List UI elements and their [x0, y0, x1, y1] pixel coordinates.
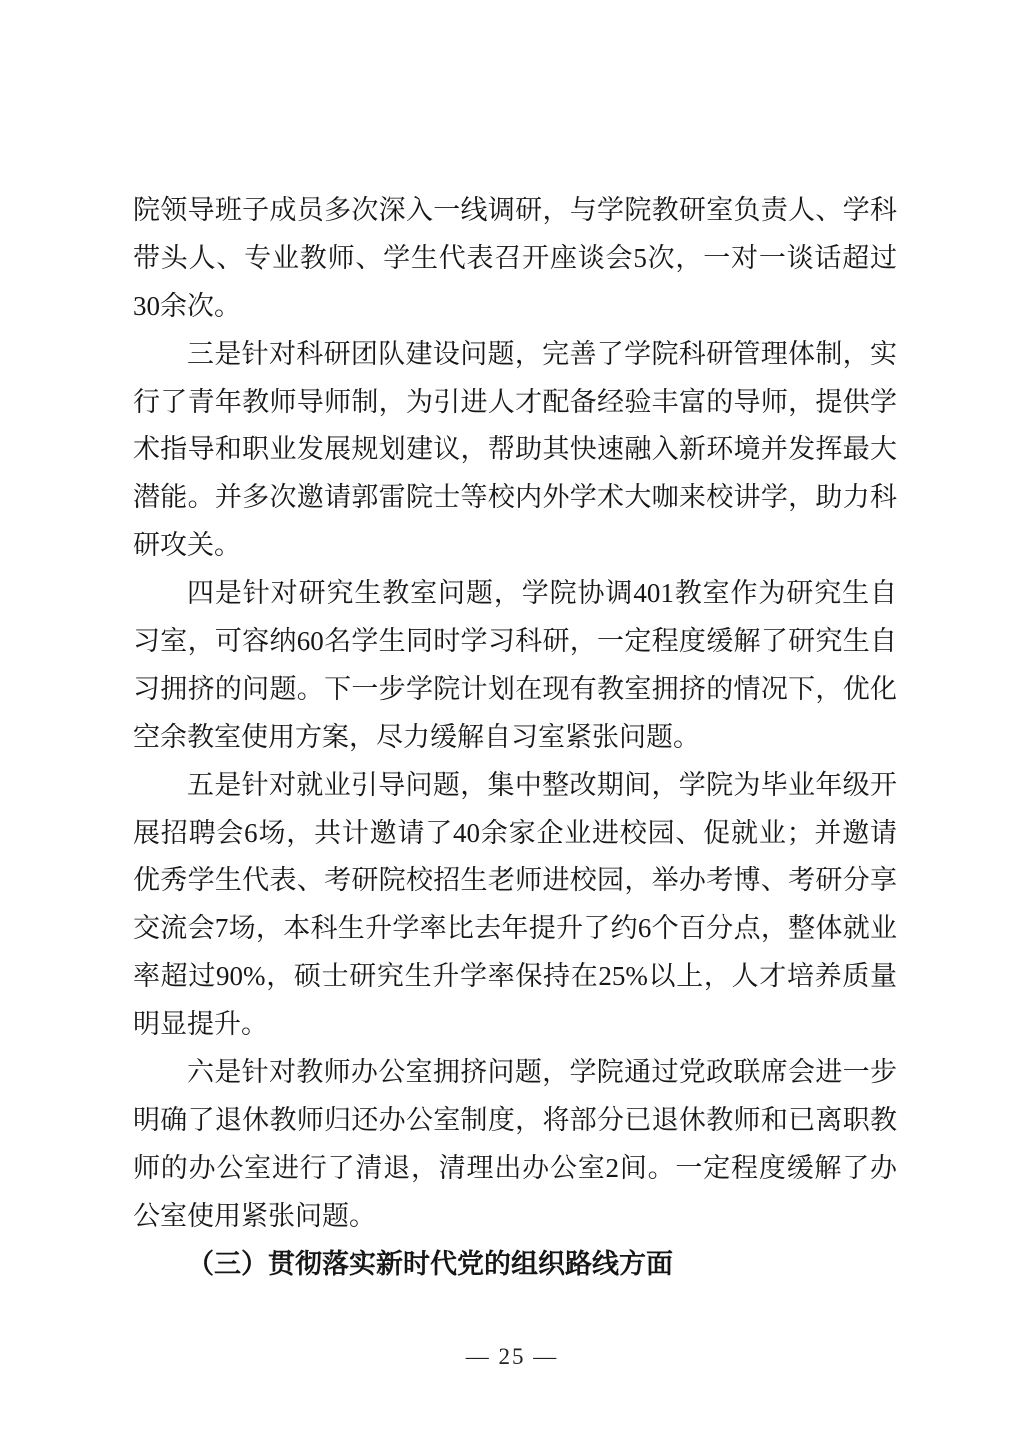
document-page: 院领导班子成员多次深入一线调研，与学院教研室负责人、学科带头人、专业教师、学生代…: [0, 0, 1024, 1448]
text-line: 展招聘会6场，共计邀请了40余家企业进校园、促就业；并邀请: [133, 810, 897, 858]
text-line: 公室使用紧张问题。: [133, 1193, 897, 1241]
section-heading: （三）贯彻落实新时代党的组织路线方面: [133, 1241, 897, 1289]
text-line: 明显提升。: [133, 1001, 897, 1049]
text-line: 30余次。: [133, 283, 897, 331]
text-line: 师的办公室进行了清退，清理出办公室2间。一定程度缓解了办: [133, 1145, 897, 1193]
text-line: 院领导班子成员多次深入一线调研，与学院教研室负责人、学科: [133, 187, 897, 235]
text-line: 六是针对教师办公室拥挤问题，学院通过党政联席会进一步: [133, 1049, 897, 1097]
text-line: 率超过90%，硕士研究生升学率保持在25%以上，人才培养质量有: [133, 953, 897, 1001]
text-line: 行了青年教师导师制，为引进人才配备经验丰富的导师，提供学: [133, 379, 897, 427]
text-line: 五是针对就业引导问题，集中整改期间，学院为毕业年级开: [133, 762, 897, 810]
page-number: — 25 —: [0, 1344, 1024, 1370]
text-line: 研攻关。: [133, 522, 897, 570]
text-line: 优秀学生代表、考研院校招生老师进校园，举办考博、考研分享: [133, 857, 897, 905]
text-line: 四是针对研究生教室问题，学院协调401教室作为研究生自: [133, 570, 897, 618]
text-line: 潜能。并多次邀请郭雷院士等校内外学术大咖来校讲学，助力科: [133, 474, 897, 522]
text-line: 三是针对科研团队建设问题，完善了学院科研管理体制，实: [133, 331, 897, 379]
text-line: 习室，可容纳60名学生同时学习科研，一定程度缓解了研究生自: [133, 618, 897, 666]
text-line: 带头人、专业教师、学生代表召开座谈会5次，一对一谈话超过: [133, 235, 897, 283]
text-block: 院领导班子成员多次深入一线调研，与学院教研室负责人、学科带头人、专业教师、学生代…: [133, 187, 897, 1288]
text-line: 空余教室使用方案，尽力缓解自习室紧张问题。: [133, 714, 897, 762]
text-line: 习拥挤的问题。下一步学院计划在现有教室拥挤的情况下，优化: [133, 666, 897, 714]
text-line: 明确了退休教师归还办公室制度，将部分已退休教师和已离职教: [133, 1097, 897, 1145]
text-line: 术指导和职业发展规划建议，帮助其快速融入新环境并发挥最大: [133, 426, 897, 474]
text-line: 交流会7场，本科生升学率比去年提升了约6个百分点，整体就业: [133, 905, 897, 953]
